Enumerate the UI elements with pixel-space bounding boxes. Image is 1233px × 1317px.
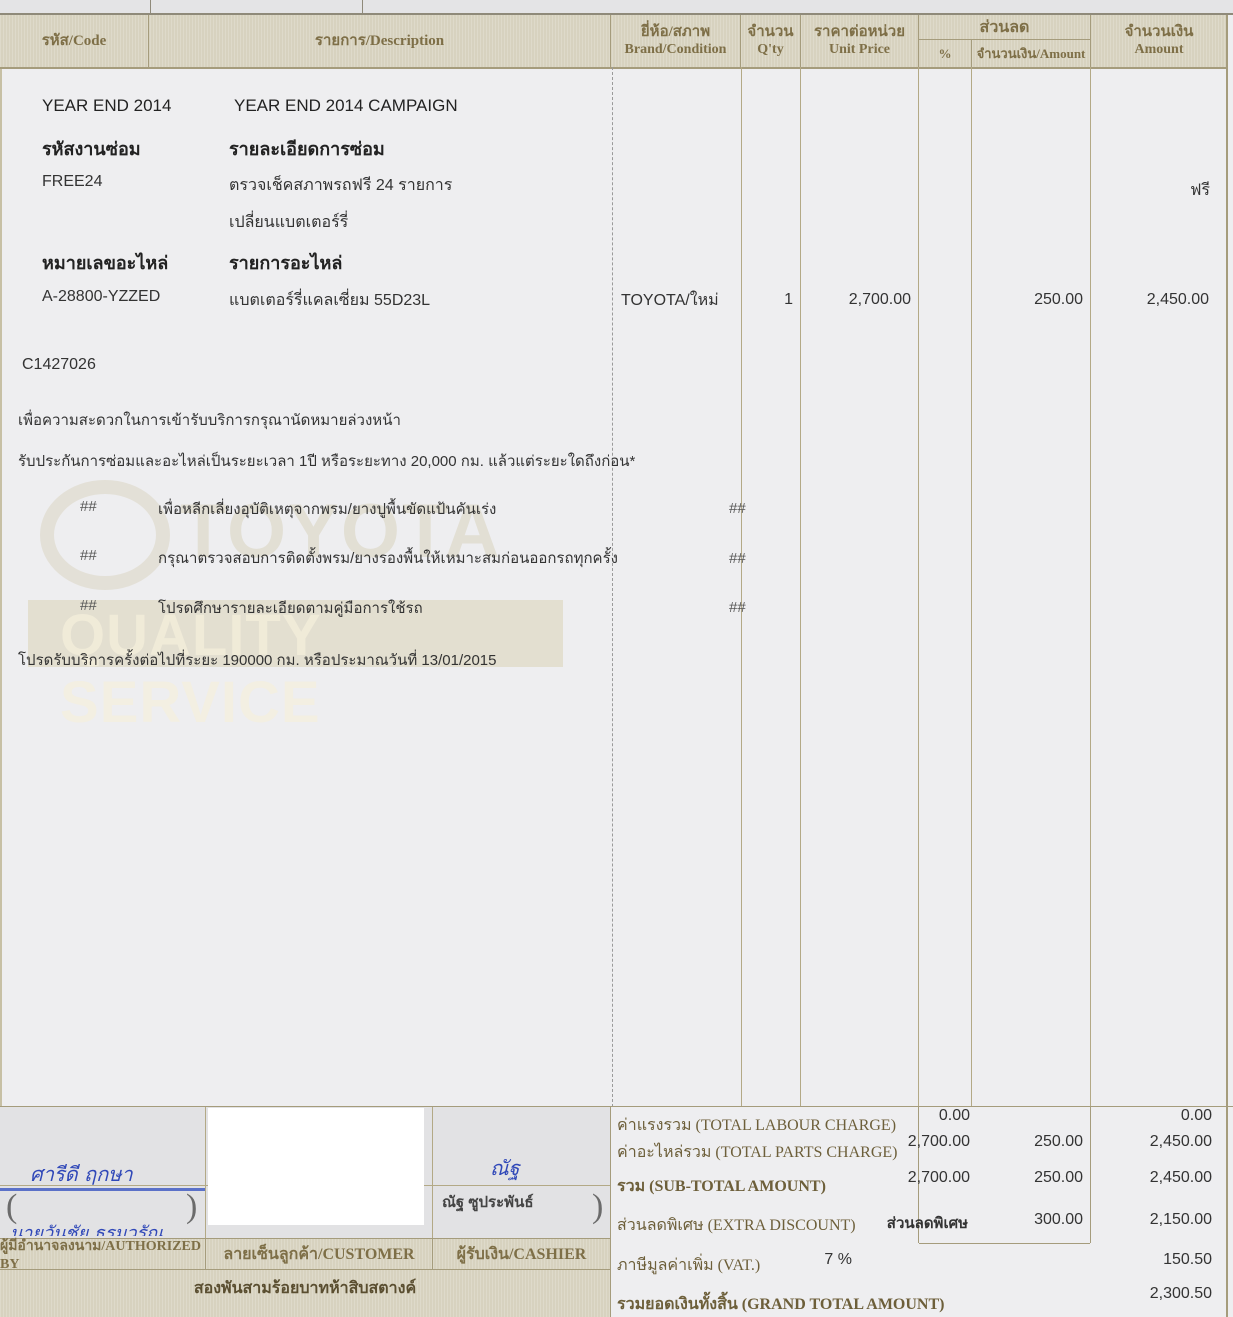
header-amount-en: Amount (1134, 41, 1183, 59)
hash-mark: ## (729, 500, 746, 517)
amount-in-words-text: สองพันสามร้อยบาทห้าสิบสตางค์ (194, 1276, 416, 1317)
part-discount-amount: 250.00 (975, 291, 1083, 309)
safety-text: โปรดศึกษารายละเอียดตามคู่มือการใช้รถ (158, 596, 423, 620)
toyota-logo-icon (40, 480, 170, 590)
repair-amount: ฟรี (1100, 178, 1210, 203)
header-discount-label: ส่วนลด (980, 15, 1030, 40)
header-discount: ส่วนลด (919, 15, 1091, 40)
footer-divider (610, 1107, 611, 1317)
header-qty: จำนวน Q'ty (741, 15, 801, 67)
column-divider (1090, 67, 1091, 1107)
hash-mark: ## (729, 599, 746, 616)
header-unit-price-en: Unit Price (829, 41, 890, 59)
header-discount-amount: จำนวนเงิน/Amount (972, 40, 1091, 67)
column-divider (918, 67, 919, 1107)
repair-code: FREE24 (42, 173, 102, 191)
header-discount-pct: % (919, 40, 972, 67)
total-parts-label: ค่าอะไหล่รวม (TOTAL PARTS CHARGE) (617, 1140, 897, 1165)
cashier-label: ผู้รับเงิน/CASHIER (433, 1238, 611, 1270)
part-description: แบตเตอร์รี่แคลเซี่ยม 55D23L (229, 288, 430, 313)
total-parts-net: 2,450.00 (1100, 1133, 1212, 1151)
cashier-name: ณัฐ ซูประพันธ์ (442, 1190, 533, 1214)
header-amount-th: จำนวนเงิน (1125, 23, 1194, 41)
safety-text: เพื่อหลีกเลี่ยงอุบัติเหตุจากพรม/ยางปูพื้… (158, 497, 496, 521)
parts-desc-heading: รายการอะไหล่ (229, 248, 342, 277)
campaign-code: YEAR END 2014 (42, 96, 171, 116)
vat-rate: 7 % (810, 1251, 852, 1269)
part-brand: TOYOTA/ใหม่ (621, 288, 719, 313)
header-unit-price: ราคาต่อหน่วย Unit Price (801, 15, 919, 67)
authorized-label: ผู้มีอำนาจลงนาม/AUTHORIZED BY (0, 1238, 206, 1270)
warranty-note: รับประกันการซ่อมและอะไหล่เป็นระยะเวลา 1ป… (18, 449, 635, 473)
header-discount-pct-label: % (939, 45, 952, 63)
column-divider (800, 67, 801, 1107)
header-description-label: รายการ/Description (315, 32, 444, 50)
amount-in-words: สองพันสามร้อยบาทห้าสิบสตางค์ (0, 1270, 610, 1317)
extra-discount-amount: 300.00 (975, 1211, 1083, 1229)
paren-close: ) (592, 1188, 603, 1226)
repair-code-heading: รหัสงานซ่อม (42, 134, 141, 163)
column-divider (971, 67, 972, 1107)
redacted-customer-signature (208, 1108, 424, 1225)
parts-code-heading: หมายเลขอะไหล่ (42, 248, 168, 277)
header-brand-en: Brand/Condition (625, 41, 727, 59)
extra-discount-label: ส่วนลดพิเศษ (EXTRA DISCOUNT) (617, 1213, 856, 1238)
header-brand: ยี่ห้อ/สภาพ Brand/Condition (611, 15, 741, 67)
subtotal-label: รวม (SUB-TOTAL AMOUNT) (617, 1174, 826, 1199)
repair-description: เปลี่ยนแบตเตอร์รี่ (229, 210, 348, 235)
grand-total-label: รวมยอดเงินทั้งสิ้น (GRAND TOTAL AMOUNT) (617, 1292, 944, 1317)
authorized-name: นายวันชัย ธรมวรัณ (10, 1218, 163, 1236)
column-divider (741, 67, 742, 1107)
right-border (1226, 15, 1228, 1317)
total-labour-net: 0.00 (1100, 1107, 1212, 1125)
divider (362, 0, 363, 13)
part-code: A-28800-YZZED (42, 288, 160, 306)
authorized-label-text: ผู้มีอำนาจลงนาม/AUTHORIZED BY (0, 1235, 205, 1273)
customer-label-text: ลายเซ็นลูกค้า/CUSTOMER (223, 1242, 414, 1267)
part-qty: 1 (745, 291, 793, 309)
reference-code: C1427026 (22, 356, 96, 374)
hash-mark: ## (80, 597, 97, 614)
signature-stroke (0, 1188, 205, 1191)
header-brand-th: ยี่ห้อ/สภาพ (641, 23, 710, 41)
header-code: รหัส/Code (0, 15, 149, 67)
header-discount-amount-label: จำนวนเงิน/Amount (977, 45, 1086, 63)
grand-total-amount: 2,300.50 (1100, 1285, 1212, 1303)
header-qty-en: Q'ty (757, 41, 783, 59)
next-service-note: โปรดรับบริการครั้งต่อไปที่ระยะ 190000 กม… (18, 648, 496, 672)
total-labour-gross: 0.00 (860, 1107, 970, 1125)
totals-divider (1090, 1107, 1091, 1243)
hash-mark: ## (80, 498, 97, 515)
header-description: รายการ/Description (149, 15, 611, 67)
subtotal-discount: 250.00 (975, 1169, 1083, 1187)
safety-text: กรุณาตรวจสอบการติดตั้งพรม/ยางรองพื้นให้เ… (158, 546, 618, 570)
campaign-description: YEAR END 2014 CAMPAIGN (234, 96, 458, 116)
total-labour-label: ค่าแรงรวม (TOTAL LABOUR CHARGE) (617, 1113, 896, 1138)
subtotal-gross: 2,700.00 (860, 1169, 970, 1187)
appointment-note: เพื่อความสะดวกในการเข้ารับบริการกรุณานัด… (18, 408, 401, 432)
divider (150, 0, 151, 13)
repair-desc-heading: รายละเอียดการซ่อม (229, 134, 385, 163)
paren-close: ) (186, 1188, 197, 1226)
header-qty-th: จำนวน (747, 23, 793, 41)
extra-discount-tag: ส่วนลดพิเศษ (850, 1211, 968, 1235)
total-parts-gross: 2,700.00 (860, 1133, 970, 1151)
repair-description: ตรวจเช็คสภาพรถฟรี 24 รายการ (229, 173, 452, 198)
extra-discount-net: 2,150.00 (1100, 1211, 1212, 1229)
vat-label: ภาษีมูลค่าเพิ่ม (VAT.) (617, 1253, 760, 1278)
header-unit-price-th: ราคาต่อหน่วย (814, 23, 905, 41)
vat-amount: 150.50 (1100, 1251, 1212, 1269)
hash-mark: ## (80, 547, 97, 564)
column-divider (612, 67, 613, 1107)
top-strip (0, 0, 1233, 15)
part-amount: 2,450.00 (1095, 291, 1209, 309)
cashier-label-text: ผู้รับเงิน/CASHIER (457, 1242, 587, 1267)
customer-label: ลายเซ็นลูกค้า/CUSTOMER (206, 1238, 433, 1270)
subtotal-net: 2,450.00 (1100, 1169, 1212, 1187)
header-code-label: รหัส/Code (42, 32, 107, 50)
part-unit-price: 2,700.00 (805, 291, 911, 309)
header-amount: จำนวนเงิน Amount (1091, 15, 1228, 67)
cashier-signature: ณัฐ (490, 1152, 520, 1184)
total-parts-discount: 250.00 (975, 1133, 1083, 1151)
hash-mark: ## (729, 550, 746, 567)
authorized-signature: ศารีดี ฤกษา (30, 1158, 133, 1190)
